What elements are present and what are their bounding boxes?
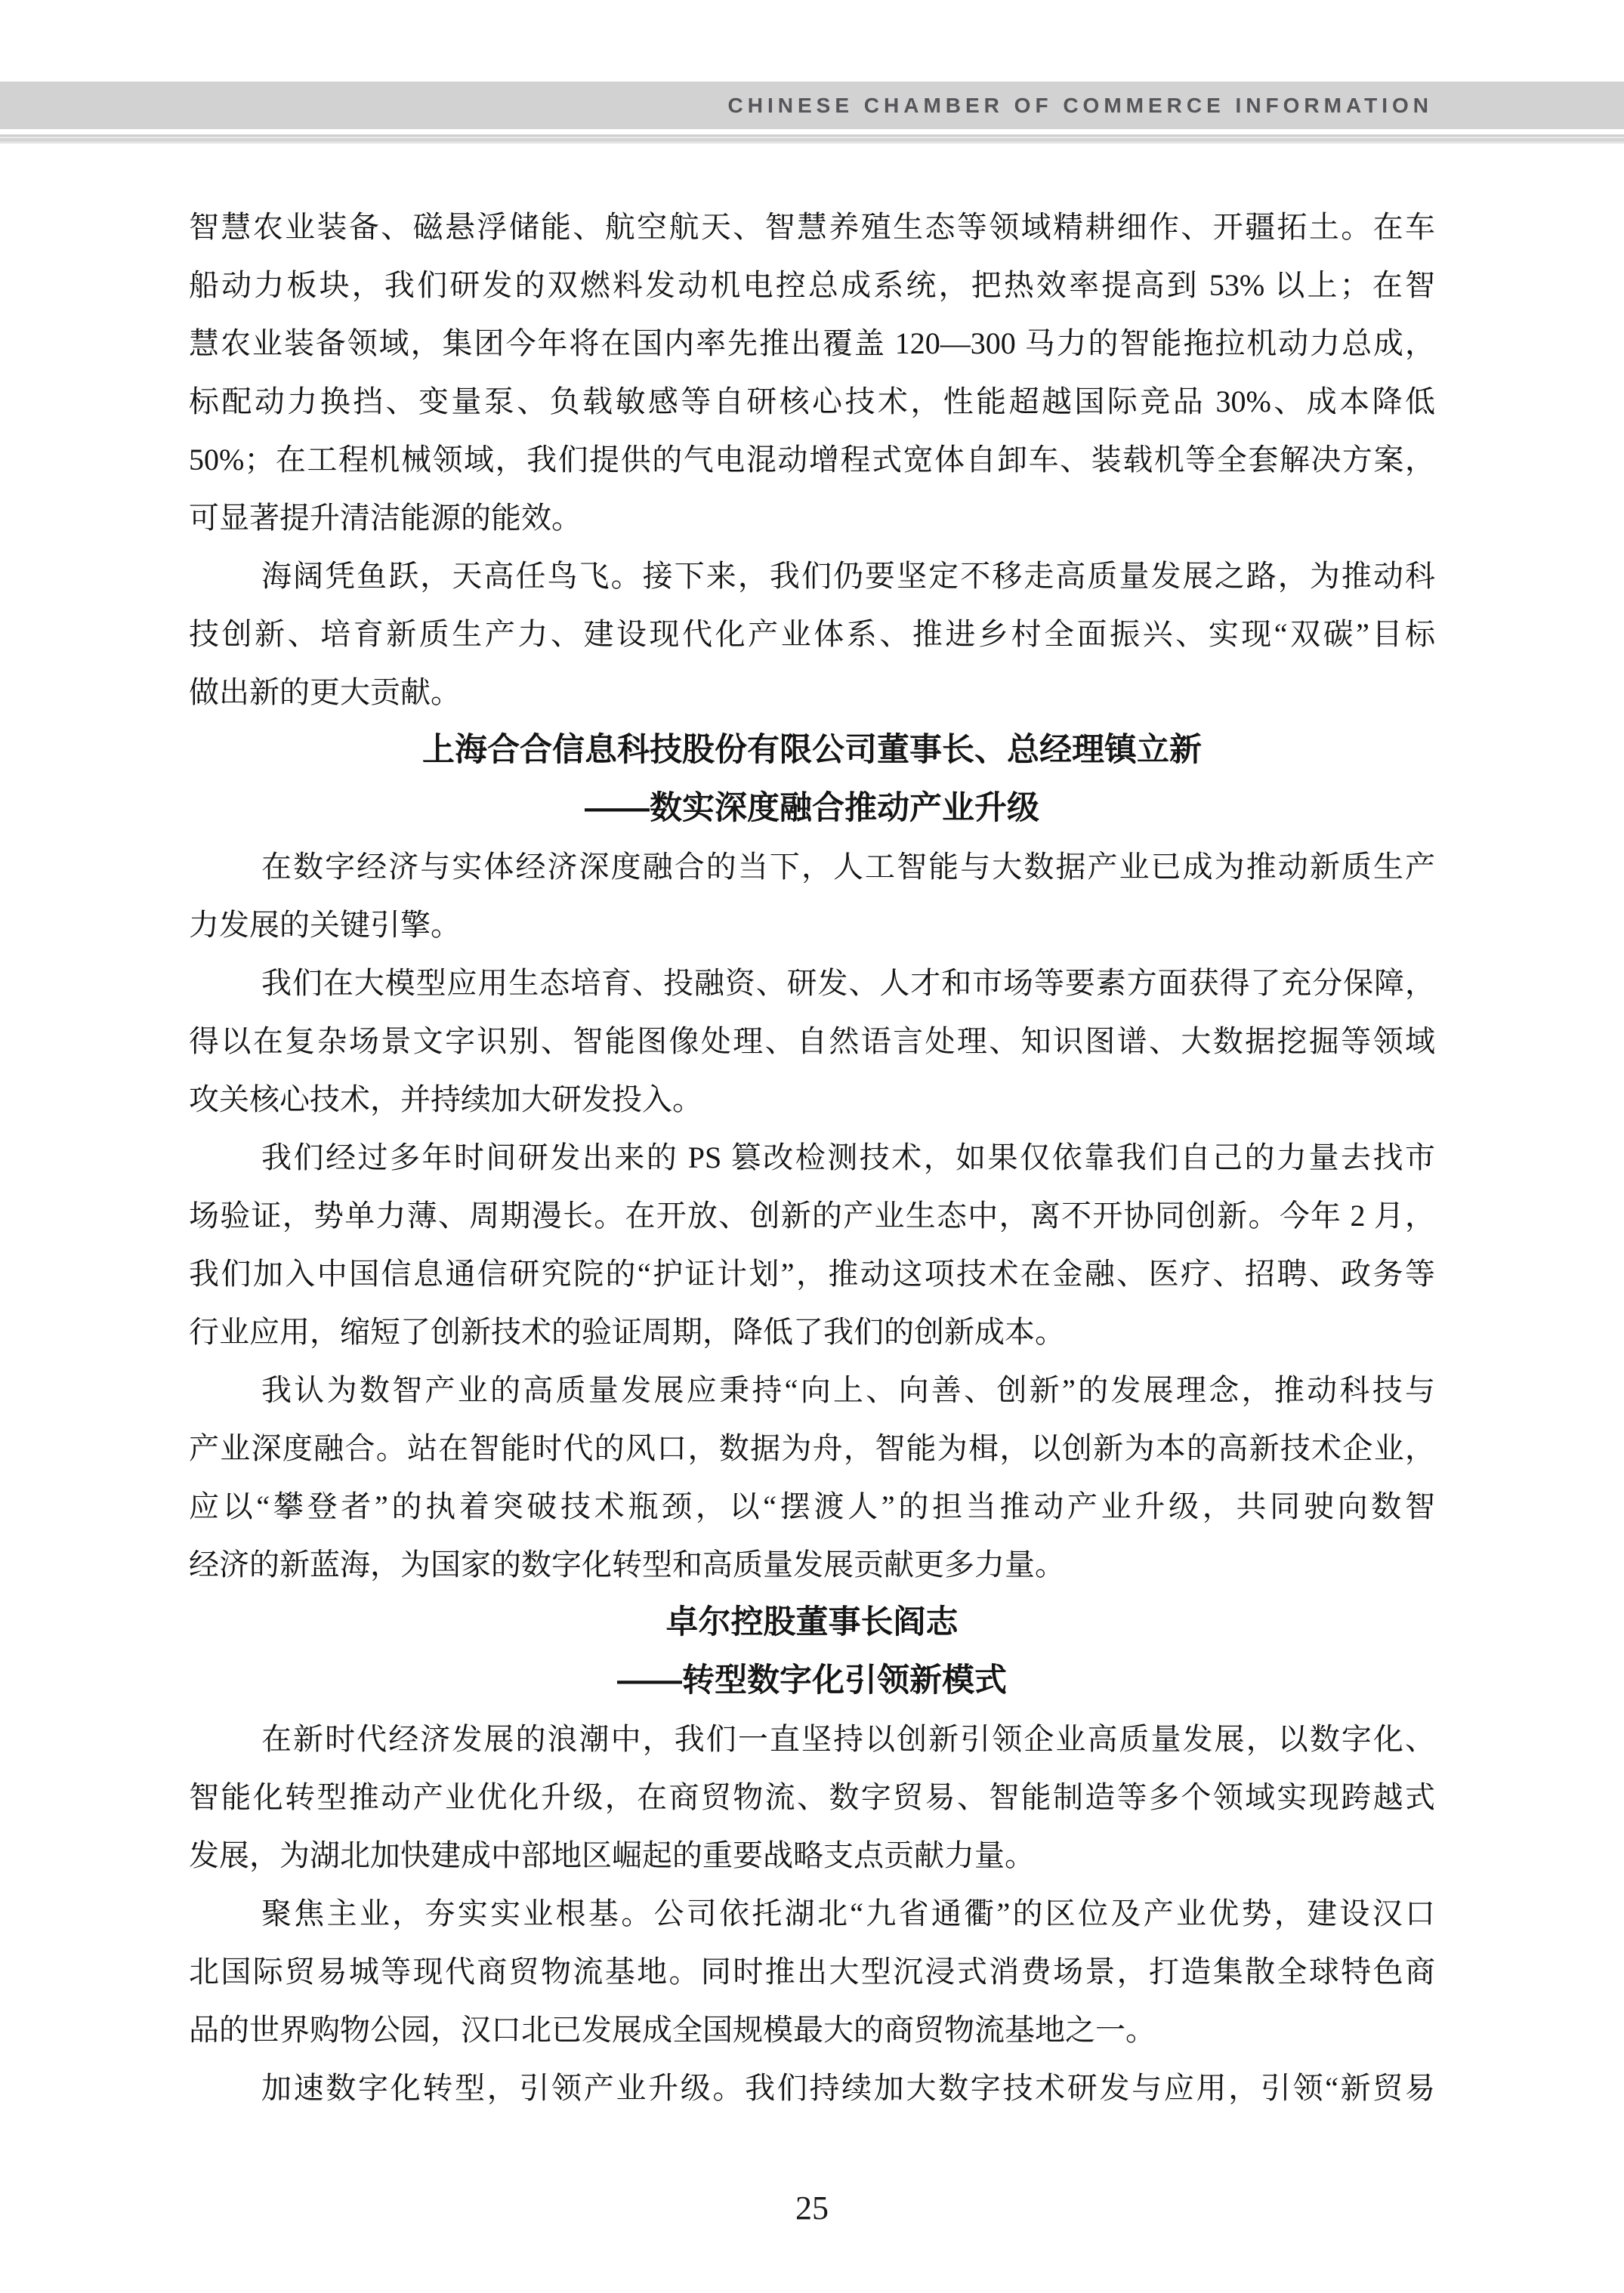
text-line: 发展，为湖北加快建成中部地区崛起的重要战略支点贡献力量。 <box>189 1826 1435 1884</box>
text-line: 应以“攀登者”的执着突破技术瓶颈，以“摆渡人”的担当推动产业升级，共同驶向数智 <box>189 1477 1435 1535</box>
text-line: 慧农业装备领域，集团今年将在国内率先推出覆盖 120—300 马力的智能拖拉机动… <box>189 314 1435 372</box>
text-line: 50%；在工程机械领域，我们提供的气电混动增程式宽体自卸车、装载机等全套解决方案… <box>189 431 1435 489</box>
text-line: 产业深度融合。站在智能时代的风口，数据为舟，智能为楫，以创新为本的高新技术企业， <box>189 1419 1435 1477</box>
text-line: 力发展的关键引擎。 <box>189 896 1435 954</box>
text-line: 我们经过多年时间研发出来的 PS 篡改检测技术，如果仅依靠我们自己的力量去找市 <box>189 1128 1435 1187</box>
text-line: 标配动力换挡、变量泵、负载敏感等自研核心技术，性能超越国际竞品 30%、成本降低 <box>189 372 1435 431</box>
document-page: CHINESE CHAMBER OF COMMERCE INFORMATION … <box>0 0 1624 2293</box>
text-line: 船动力板块，我们研发的双燃料发动机电控总成系统，把热效率提高到 53% 以上；在… <box>189 256 1435 314</box>
header-accent-strip <box>0 134 1624 144</box>
header-bar: CHINESE CHAMBER OF COMMERCE INFORMATION <box>0 82 1624 129</box>
text-line: 我们在大模型应用生态培育、投融资、研发、人才和市场等要素方面获得了充分保障， <box>189 954 1435 1012</box>
body-text-column: 智慧农业装备、磁悬浮储能、航空航天、智慧养殖生态等领域精耕细作、开疆拓土。在车船… <box>189 198 1435 2117</box>
text-line: 海阔凭鱼跃，天高任鸟飞。接下来，我们仍要坚定不移走高质量发展之路，为推动科 <box>189 547 1435 605</box>
text-line: 北国际贸易城等现代商贸物流基地。同时推出大型沉浸式消费场景，打造集散全球特色商 <box>189 1943 1435 2001</box>
text-line: 在新时代经济发展的浪潮中，我们一直坚持以创新引领企业高质量发展，以数字化、 <box>189 1710 1435 1768</box>
text-line: 技创新、培育新质生产力、建设现代化产业体系、推进乡村全面振兴、实现“双碳”目标 <box>189 605 1435 663</box>
text-line: 做出新的更大贡献。 <box>189 663 1435 721</box>
text-line: 可显著提升清洁能源的能效。 <box>189 489 1435 547</box>
text-line: 卓尔控股董事长阎志 <box>189 1594 1435 1652</box>
text-line: 攻关核心技术，并持续加大研发投入。 <box>189 1070 1435 1128</box>
text-line: 场验证，势单力薄、周期漫长。在开放、创新的产业生态中，离不开协同创新。今年 2 … <box>189 1187 1435 1245</box>
text-line: 行业应用，缩短了创新技术的验证周期，降低了我们的创新成本。 <box>189 1303 1435 1361</box>
text-line: 品的世界购物公园，汉口北已发展成全国规模最大的商贸物流基地之一。 <box>189 2001 1435 2059</box>
text-line: 在数字经济与实体经济深度融合的当下，人工智能与大数据产业已成为推动新质生产 <box>189 838 1435 896</box>
text-line: ——数实深度融合推动产业升级 <box>189 779 1435 838</box>
text-line: 上海合合信息科技股份有限公司董事长、总经理镇立新 <box>189 721 1435 779</box>
text-line: 智慧农业装备、磁悬浮储能、航空航天、智慧养殖生态等领域精耕细作、开疆拓土。在车 <box>189 198 1435 256</box>
text-line: 我们加入中国信息通信研究院的“护证计划”，推动这项技术在金融、医疗、招聘、政务等 <box>189 1245 1435 1303</box>
header-title: CHINESE CHAMBER OF COMMERCE INFORMATION <box>728 82 1433 129</box>
text-line: 聚焦主业，夯实实业根基。公司依托湖北“九省通衢”的区位及产业优势，建设汉口 <box>189 1884 1435 1943</box>
text-line: 智能化转型推动产业优化升级，在商贸物流、数字贸易、智能制造等多个领域实现跨越式 <box>189 1768 1435 1826</box>
text-line: ——转型数字化引领新模式 <box>189 1652 1435 1710</box>
text-line: 我认为数智产业的高质量发展应秉持“向上、向善、创新”的发展理念，推动科技与 <box>189 1361 1435 1419</box>
page-number: 25 <box>0 2189 1624 2227</box>
text-line: 加速数字化转型，引领产业升级。我们持续加大数字技术研发与应用，引领“新贸易 <box>189 2059 1435 2117</box>
text-line: 得以在复杂场景文字识别、智能图像处理、自然语言处理、知识图谱、大数据挖掘等领域 <box>189 1012 1435 1070</box>
text-line: 经济的新蓝海，为国家的数字化转型和高质量发展贡献更多力量。 <box>189 1535 1435 1594</box>
